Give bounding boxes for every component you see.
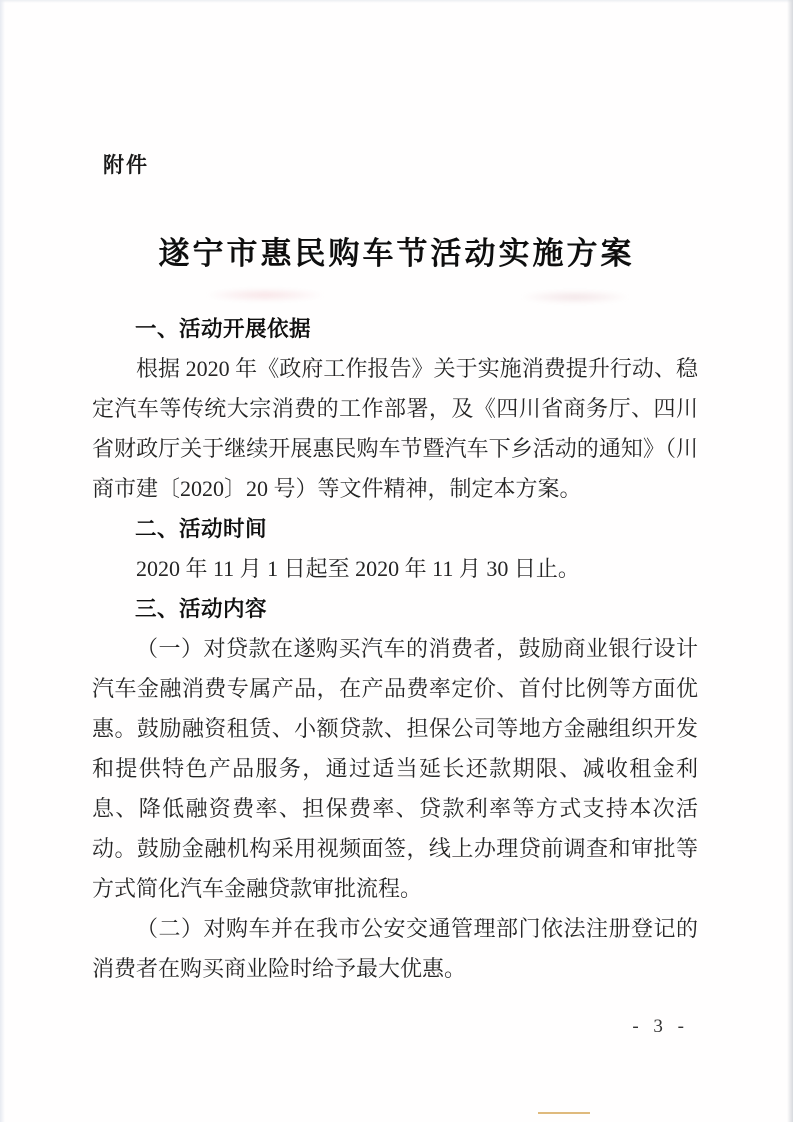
scan-noise-smudge <box>520 290 630 304</box>
scanned-document-page: 附件 遂宁市惠民购车节活动实施方案 一、活动开展依据 根据 2020 年《政府工… <box>0 0 793 1122</box>
section-heading: 二、活动时间 <box>92 509 698 549</box>
section-heading: 三、活动内容 <box>92 589 698 629</box>
section-activity-basis: 一、活动开展依据 根据 2020 年《政府工作报告》关于实施消费提升行动、稳定汽… <box>92 309 698 509</box>
section-paragraph: 根据 2020 年《政府工作报告》关于实施消费提升行动、稳定汽车等传统大宗消费的… <box>92 349 698 509</box>
scan-artifact-bottom-line <box>538 1112 590 1114</box>
scan-edge-top <box>0 0 793 3</box>
section-paragraph: （二）对购车并在我市公安交通管理部门依法注册登记的消费者在购买商业险时给予最大优… <box>92 909 698 989</box>
document-title: 遂宁市惠民购车节活动实施方案 <box>0 228 793 273</box>
scan-noise-smudge <box>205 288 325 302</box>
document-body: 一、活动开展依据 根据 2020 年《政府工作报告》关于实施消费提升行动、稳定汽… <box>92 309 698 989</box>
scan-edge-left <box>0 0 5 1122</box>
section-activity-content: 三、活动内容 （一）对贷款在遂购买汽车的消费者，鼓励商业银行设计汽车金融消费专属… <box>92 589 698 989</box>
section-activity-time: 二、活动时间 2020 年 11 月 1 日起至 2020 年 11 月 30 … <box>92 509 698 589</box>
scan-edge-right <box>787 0 793 1122</box>
page-number: - 3 - <box>632 1016 689 1038</box>
attachment-label: 附件 <box>103 149 149 179</box>
section-heading: 一、活动开展依据 <box>92 309 698 349</box>
section-paragraph: 2020 年 11 月 1 日起至 2020 年 11 月 30 日止。 <box>92 549 698 589</box>
section-paragraph: （一）对贷款在遂购买汽车的消费者，鼓励商业银行设计汽车金融消费专属产品，在产品费… <box>92 629 698 909</box>
